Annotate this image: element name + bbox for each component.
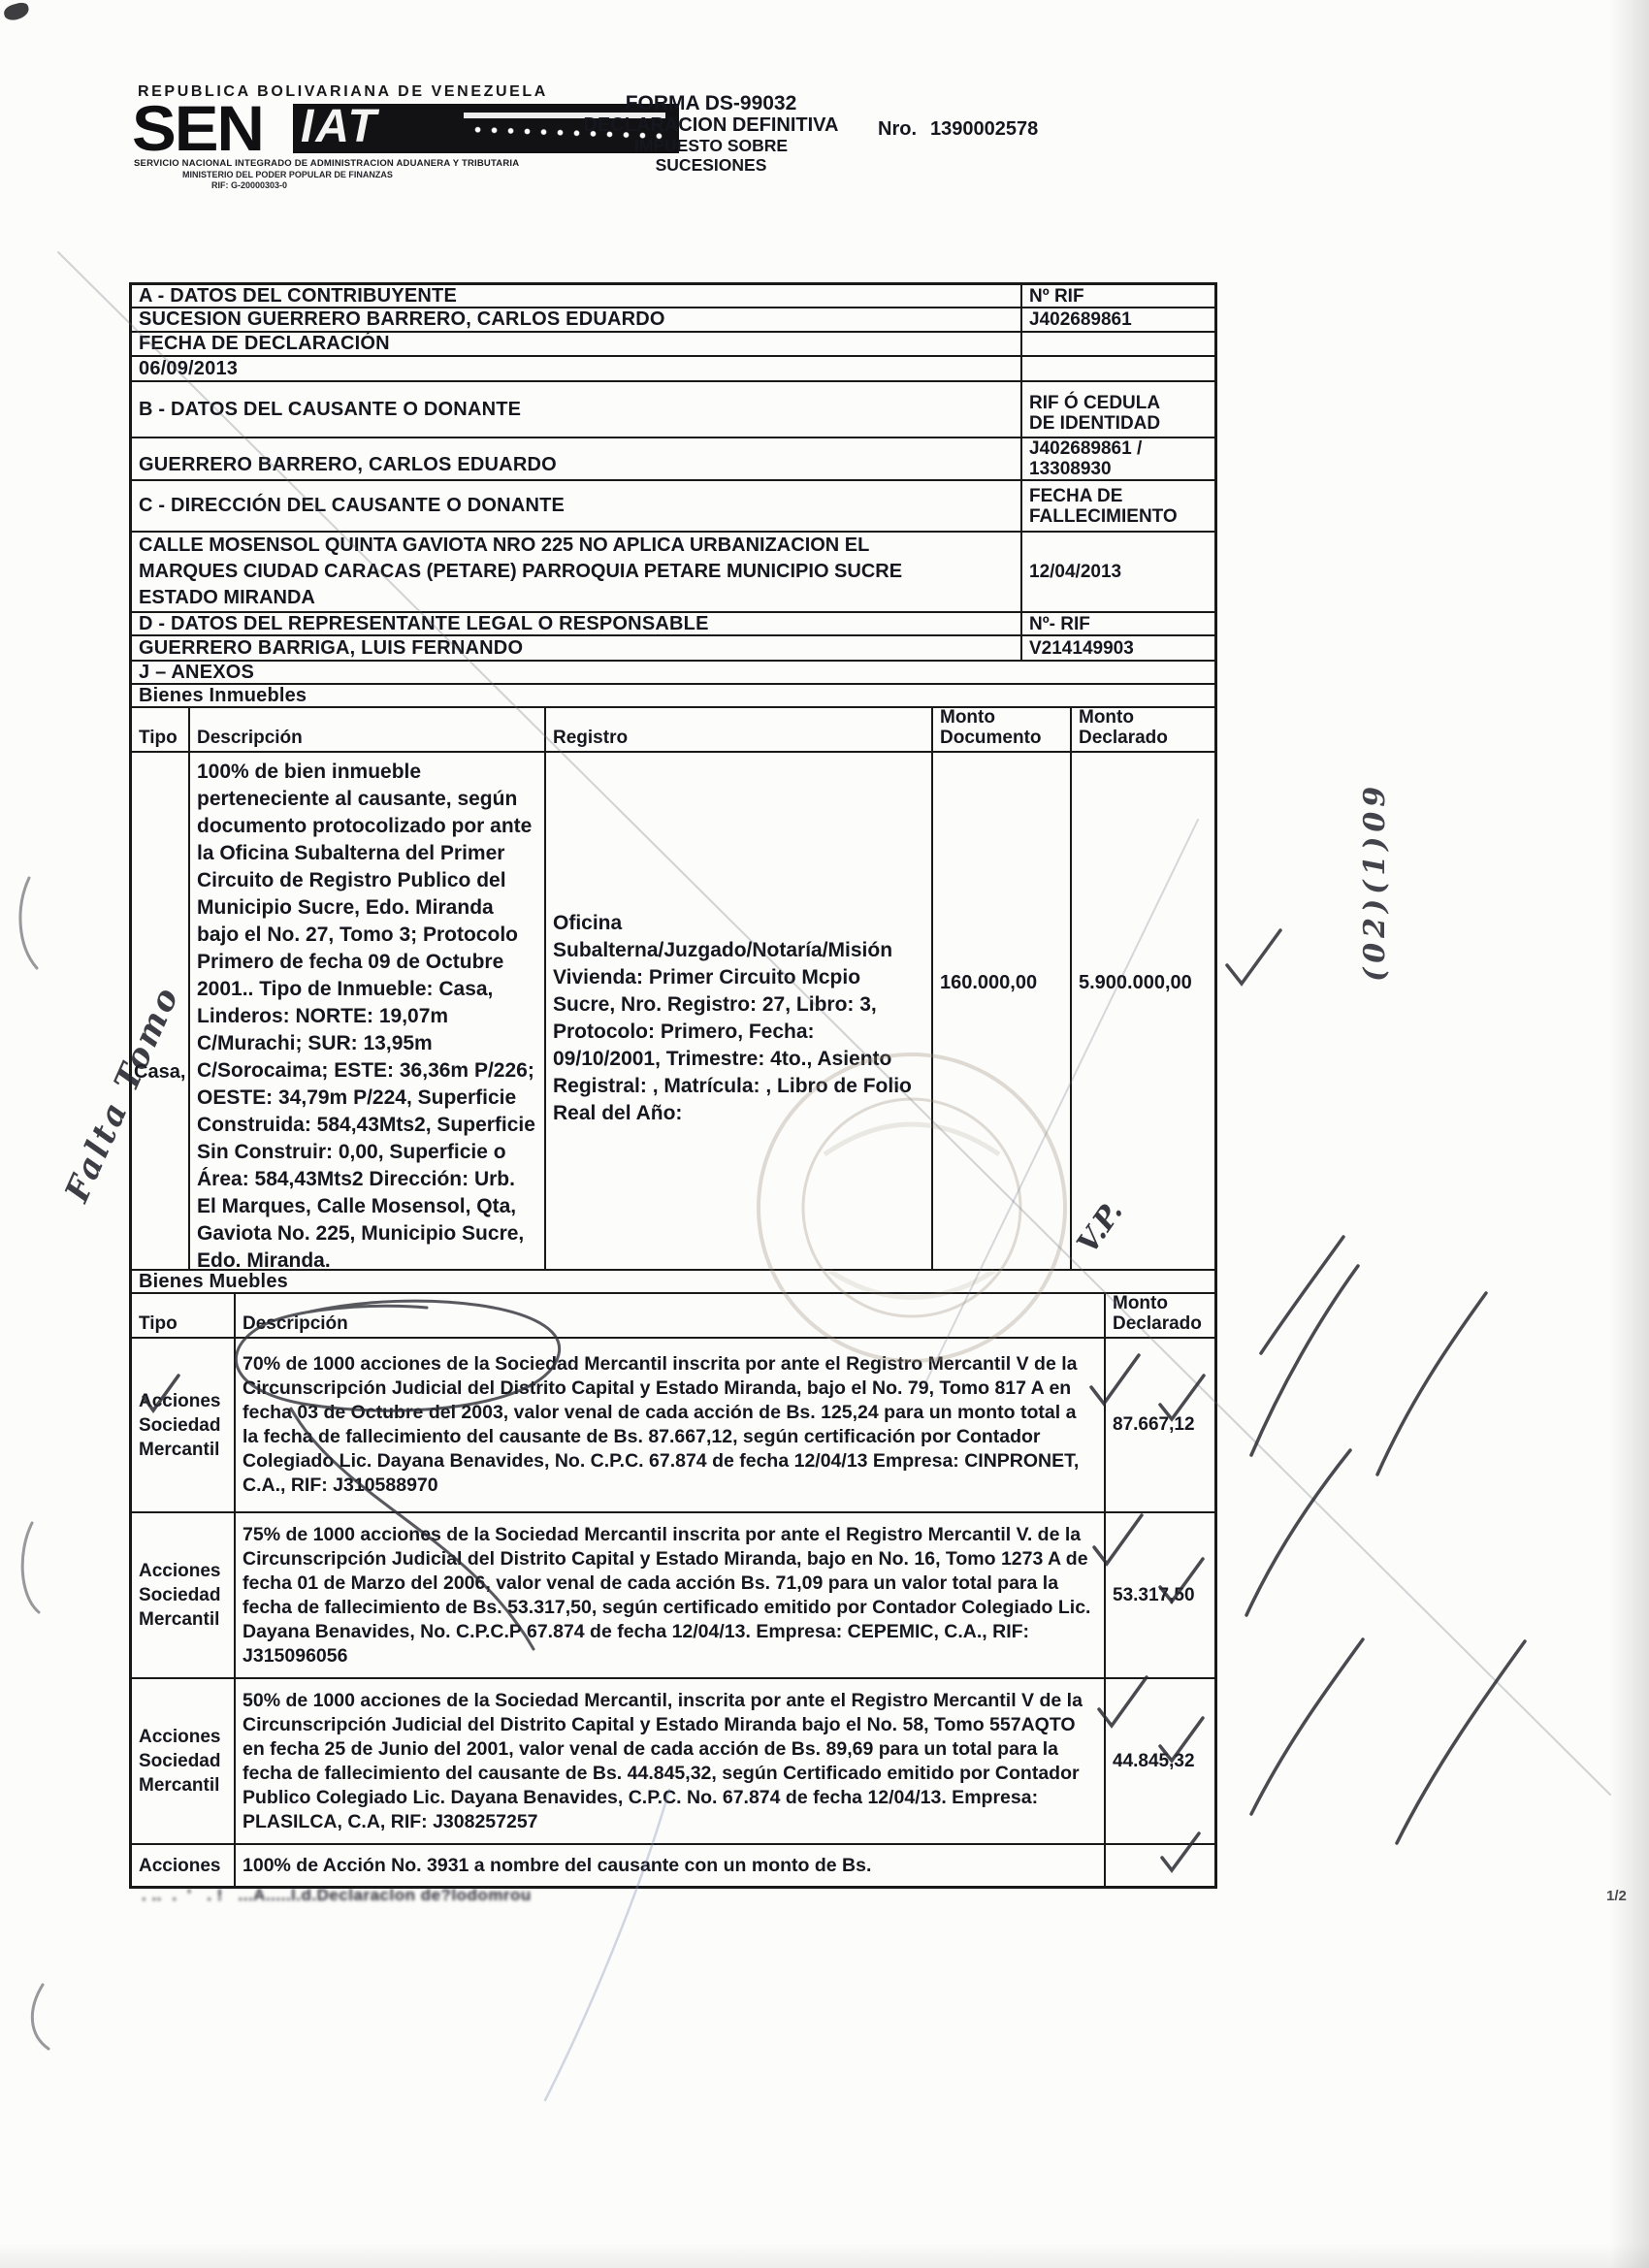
inmuebles-header-monto-documento: Monto Documento xyxy=(931,708,1070,751)
form-code: FORMA DS-99032 xyxy=(551,92,871,114)
section-c-title: C - DIRECCIÓN DEL CAUSANTE O DONANTE xyxy=(132,481,1020,531)
inmueble-descripcion: 100% de bien inmueble perteneciente al c… xyxy=(188,753,544,1269)
fallecimiento-label-line2: FALLECIMIENTO xyxy=(1029,506,1208,527)
header-label: Monto xyxy=(1079,707,1208,728)
mueble-descripcion: 75% de 1000 acciones de la Sociedad Merc… xyxy=(234,1513,1104,1677)
mueble-descripcion: 70% de 1000 acciones de la Sociedad Merc… xyxy=(234,1339,1104,1511)
inmuebles-header-row: Tipo Descripción Registro Monto Document… xyxy=(132,708,1214,753)
header-label: Documento xyxy=(940,728,1063,748)
mueble-tipo: Acciones Sociedad Mercantil xyxy=(132,1679,234,1843)
inmuebles-header-descripcion: Descripción xyxy=(188,708,544,751)
handwritten-margin-note: (02)(1)09 xyxy=(1358,782,1392,982)
contribuyente-row: SUCESION GUERRERO BARRERO, CARLOS EDUARD… xyxy=(132,308,1214,333)
header-label: Tipo xyxy=(139,1313,227,1334)
form-title-line: DECLARACION DEFINITIVA xyxy=(551,114,871,136)
inmueble-monto-declarado: 5.900.000,00 xyxy=(1070,753,1214,1269)
contribuyente-name: SUCESION GUERRERO BARRERO, CARLOS EDUARD… xyxy=(132,308,1020,331)
scan-corner-mark xyxy=(2,1,30,22)
bienes-muebles-title: Bienes Muebles xyxy=(132,1271,1214,1292)
org-rif-line: RIF: G-20000303-0 xyxy=(211,180,287,190)
section-d-title: D - DATOS DEL REPRESENTANTE LEGAL O RESP… xyxy=(132,613,1020,634)
form-number-value: 1390002578 xyxy=(930,118,1038,140)
header-label: Tipo xyxy=(139,728,181,748)
inmuebles-data-row: Casa, 100% de bien inmueble pertenecient… xyxy=(132,753,1214,1271)
bienes-inmuebles-title: Bienes Inmuebles xyxy=(132,685,1214,706)
fecha-declaracion-header-row: FECHA DE DECLARACIÓN xyxy=(132,333,1214,357)
representante-rif: V214149903 xyxy=(1020,636,1214,660)
blurred-footer-text: . .. . ' . ! ...A.....l.d.Declaraclon de… xyxy=(142,1886,782,1905)
muebles-header-tipo: Tipo xyxy=(132,1294,234,1337)
causante-row: GUERRERO BARRERO, CARLOS EDUARDO J402689… xyxy=(132,438,1214,481)
fecha-fallecimiento-value: 12/04/2013 xyxy=(1020,533,1214,611)
representante-name: GUERRERO BARRIGA, LUIS FERNANDO xyxy=(132,636,1020,660)
empty-cell xyxy=(1020,333,1214,355)
causante-id-line1: J402689861 / xyxy=(1029,438,1208,459)
bienes-muebles-title-row: Bienes Muebles xyxy=(132,1271,1214,1294)
fallecimiento-label-line1: FECHA DE xyxy=(1029,486,1208,506)
header-label: Descripción xyxy=(197,728,537,748)
causante-id: J402689861 / 13308930 xyxy=(1020,438,1214,479)
form-number: Nro.1390002578 xyxy=(878,118,1051,141)
declaration-form-table: A - DATOS DEL CONTRIBUYENTE Nº RIF SUCES… xyxy=(129,282,1217,1889)
header-label: Monto xyxy=(940,707,1063,728)
causante-name: GUERRERO BARRERO, CARLOS EDUARDO xyxy=(132,438,1020,479)
form-title-block: FORMA DS-99032 DECLARACION DEFINITIVA IM… xyxy=(551,92,871,175)
rif-column-label: Nº RIF xyxy=(1020,285,1214,307)
section-a-header-row: A - DATOS DEL CONTRIBUYENTE Nº RIF xyxy=(132,285,1214,308)
contribuyente-rif: J402689861 xyxy=(1020,308,1214,331)
id-column-label: RIF Ó CEDULA DE IDENTIDAD xyxy=(1020,382,1214,437)
org-line-1: SERVICIO NACIONAL INTEGRADO DE ADMINISTR… xyxy=(134,158,519,169)
muebles-row-1: Acciones Sociedad Mercantil 70% de 1000 … xyxy=(132,1339,1214,1513)
representante-rif-label: Nº- RIF xyxy=(1020,613,1214,634)
margin-pen-curves xyxy=(20,878,48,2049)
section-d-header-row: D - DATOS DEL REPRESENTANTE LEGAL O RESP… xyxy=(132,613,1214,636)
muebles-header-row: Tipo Descripción Monto Declarado xyxy=(132,1294,1214,1339)
mueble-monto-declarado xyxy=(1104,1845,1214,1886)
mueble-descripcion: 50% de 1000 acciones de la Sociedad Merc… xyxy=(234,1679,1104,1843)
fallecimiento-column-label: FECHA DE FALLECIMIENTO xyxy=(1020,481,1214,531)
fecha-declaracion-row: 06/09/2013 xyxy=(132,357,1214,382)
id-label-line1: RIF Ó CEDULA xyxy=(1029,393,1208,413)
mueble-tipo: Acciones xyxy=(132,1845,234,1886)
direccion-row: CALLE MOSENSOL QUINTA GAVIOTA NRO 225 NO… xyxy=(132,533,1214,613)
causante-address: CALLE MOSENSOL QUINTA GAVIOTA NRO 225 NO… xyxy=(132,533,1020,611)
address-line3: ESTADO MIRANDA xyxy=(139,585,1014,611)
muebles-row-2: Acciones Sociedad Mercantil 75% de 1000 … xyxy=(132,1513,1214,1679)
page-number: 1/2 xyxy=(1606,1888,1627,1904)
checkmark-inmuebles xyxy=(1227,930,1280,984)
address-line2: MARQUES CIUDAD CARACAS (PETARE) PARROQUI… xyxy=(139,559,1014,585)
mueble-descripcion: 100% de Acción No. 3931 a nombre del cau… xyxy=(234,1845,1104,1886)
scan-edge-shadow-bottom xyxy=(0,2243,1649,2268)
representante-row: GUERRERO BARRIGA, LUIS FERNANDO V2141499… xyxy=(132,636,1214,662)
header-label: Declarado xyxy=(1079,728,1208,748)
inmuebles-header-registro: Registro xyxy=(544,708,931,751)
org-line-2: MINISTERIO DEL PODER POPULAR DE FINANZAS xyxy=(182,170,393,179)
mueble-tipo: Acciones Sociedad Mercantil xyxy=(132,1513,234,1677)
muebles-row-3: Acciones Sociedad Mercantil 50% de 1000 … xyxy=(132,1679,1214,1845)
header-label: Declarado xyxy=(1113,1313,1208,1334)
mueble-tipo: Acciones Sociedad Mercantil xyxy=(132,1339,234,1511)
section-c-header-row: C - DIRECCIÓN DEL CAUSANTE O DONANTE FEC… xyxy=(132,481,1214,533)
section-b-title: B - DATOS DEL CAUSANTE O DONANTE xyxy=(132,382,1020,437)
inmuebles-header-tipo: Tipo xyxy=(132,708,188,751)
muebles-header-descripcion: Descripción xyxy=(234,1294,1104,1337)
muebles-row-4: Acciones 100% de Acción No. 3931 a nombr… xyxy=(132,1845,1214,1886)
id-label-line2: DE IDENTIDAD xyxy=(1029,413,1208,434)
fecha-declaracion-label: FECHA DE DECLARACIÓN xyxy=(132,333,1020,355)
fecha-declaracion-value: 06/09/2013 xyxy=(132,357,1020,380)
seniat-logo-sen: SEN xyxy=(132,91,263,165)
header-label: Registro xyxy=(553,728,924,748)
form-subtitle-line: IMPUESTO SOBRE xyxy=(551,136,871,155)
scan-edge-shadow-right xyxy=(1610,0,1649,2268)
causante-id-line2: 13308930 xyxy=(1029,459,1208,479)
empty-cell xyxy=(1020,357,1214,380)
scanned-document-page: REPUBLICA BOLIVARIANA DE VENEZUELA SEN I… xyxy=(0,0,1649,2268)
inmueble-tipo: Casa, xyxy=(132,753,188,1269)
mueble-monto-declarado: 53.317,50 xyxy=(1104,1513,1214,1677)
inmuebles-header-monto-declarado: Monto Declarado xyxy=(1070,708,1214,751)
muebles-header-monto-declarado: Monto Declarado xyxy=(1104,1294,1214,1337)
anexos-title: J – ANEXOS xyxy=(132,662,1214,683)
seniat-logo-iat: IAT xyxy=(301,100,378,153)
mueble-monto-declarado: 87.667,12 xyxy=(1104,1339,1214,1511)
section-a-title: A - DATOS DEL CONTRIBUYENTE xyxy=(132,285,1020,307)
header-label: Monto xyxy=(1113,1293,1208,1313)
bienes-inmuebles-title-row: Bienes Inmuebles xyxy=(132,685,1214,708)
anexos-row: J – ANEXOS xyxy=(132,662,1214,685)
header-label: Descripción xyxy=(242,1313,1097,1334)
inmueble-registro: Oficina Subalterna/Juzgado/Notaría/Misió… xyxy=(544,753,931,1269)
section-b-header-row: B - DATOS DEL CAUSANTE O DONANTE RIF Ó C… xyxy=(132,382,1214,438)
address-line1: CALLE MOSENSOL QUINTA GAVIOTA NRO 225 NO… xyxy=(139,533,1014,559)
inmueble-monto-documento: 160.000,00 xyxy=(931,753,1070,1269)
form-subtitle-line-2: SUCESIONES xyxy=(551,155,871,175)
form-number-label: Nro. xyxy=(878,118,917,140)
mueble-monto-declarado: 44.845,32 xyxy=(1104,1679,1214,1843)
